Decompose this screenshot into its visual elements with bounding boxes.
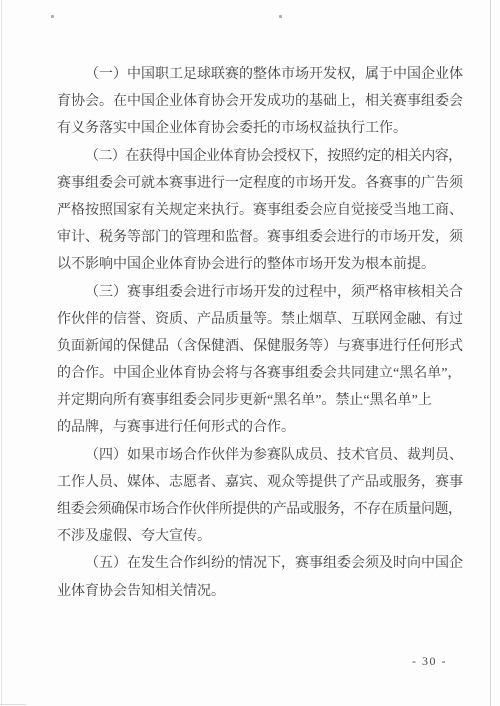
text-line: 的品牌，与赛事进行任何形式的合作。 <box>57 414 463 441</box>
document-page: （一）中国职工足球联赛的整体市场开发权，属于中国企业体育协会。在中国企业体育协会… <box>0 0 500 706</box>
paragraph: （二）在获得中国企业体育协会授权下，按照约定的相关内容，赛事组委会可就本赛事进行… <box>57 143 463 279</box>
text-line: 育协会。在中国企业体育协会开发成功的基础上，相关赛事组委会 <box>57 88 463 115</box>
paragraph: （四）如果市场合作伙伴为参赛队成员、技术官员、裁判员、工作人员、媒体、志愿者、嘉… <box>57 442 463 551</box>
text-line: 的合作。中国企业体育协会将与各赛事组委会共同建立“黑名单”， <box>57 360 463 387</box>
text-line: （五）在发生合作纠纷的情况下，赛事组委会须及时向中国企 <box>57 550 463 577</box>
text-line: 赛事组委会可就本赛事进行一定程度的市场开发。各赛事的广告须 <box>57 170 463 197</box>
text-line: （三）赛事组委会进行市场开发的过程中，须严格审核相关合 <box>57 279 463 306</box>
scan-speck <box>279 15 282 18</box>
text-line: 业体育协会告知相关情况。 <box>57 578 463 605</box>
text-line: 工作人员、媒体、志愿者、嘉宾、观众等提供了产品或服务，赛事 <box>57 469 463 496</box>
text-line: 负面新闻的保健品（含保健酒、保健服务等）与赛事进行任何形式 <box>57 333 463 360</box>
page-bottom-edge <box>0 704 26 705</box>
text-line: 并定期向所有赛事组委会同步更新“黑名单”。禁止“黑名单”上 <box>57 387 463 414</box>
page-left-edge <box>1 0 2 706</box>
text-line: （一）中国职工足球联赛的整体市场开发权，属于中国企业体 <box>57 61 463 88</box>
paragraph: （三）赛事组委会进行市场开发的过程中，须严格审核相关合作伙伴的信誉、资质、产品质… <box>57 279 463 442</box>
paragraph: （五）在发生合作纠纷的情况下，赛事组委会须及时向中国企业体育协会告知相关情况。 <box>57 550 463 604</box>
document-body: （一）中国职工足球联赛的整体市场开发权，属于中国企业体育协会。在中国企业体育协会… <box>57 61 463 605</box>
paragraph: （一）中国职工足球联赛的整体市场开发权，属于中国企业体育协会。在中国企业体育协会… <box>57 61 463 143</box>
text-line: 审计、税务等部门的管理和监督。赛事组委会进行的市场开发，须 <box>57 224 463 251</box>
text-line: 以不影响中国企业体育协会进行的整体市场开发为根本前提。 <box>57 251 463 278</box>
text-line: 组委会须确保市场合作伙伴所提供的产品或服务，不存在质量问题， <box>57 496 463 523</box>
text-line: （四）如果市场合作伙伴为参赛队成员、技术官员、裁判员、 <box>57 442 463 469</box>
text-line: 不涉及虚假、夸大宣传。 <box>57 523 463 550</box>
text-line: 严格按照国家有关规定来执行。赛事组委会应自觉接受当地工商、 <box>57 197 463 224</box>
text-line: （二）在获得中国企业体育协会授权下，按照约定的相关内容， <box>57 143 463 170</box>
scan-speck <box>51 15 54 18</box>
page-number: - 30 - <box>412 654 447 668</box>
text-line: 作伙伴的信誉、资质、产品质量等。禁止烟草、互联网金融、有过 <box>57 306 463 333</box>
page-right-edge <box>490 0 491 706</box>
text-line: 有义务落实中国企业体育协会委托的市场权益执行工作。 <box>57 115 463 142</box>
